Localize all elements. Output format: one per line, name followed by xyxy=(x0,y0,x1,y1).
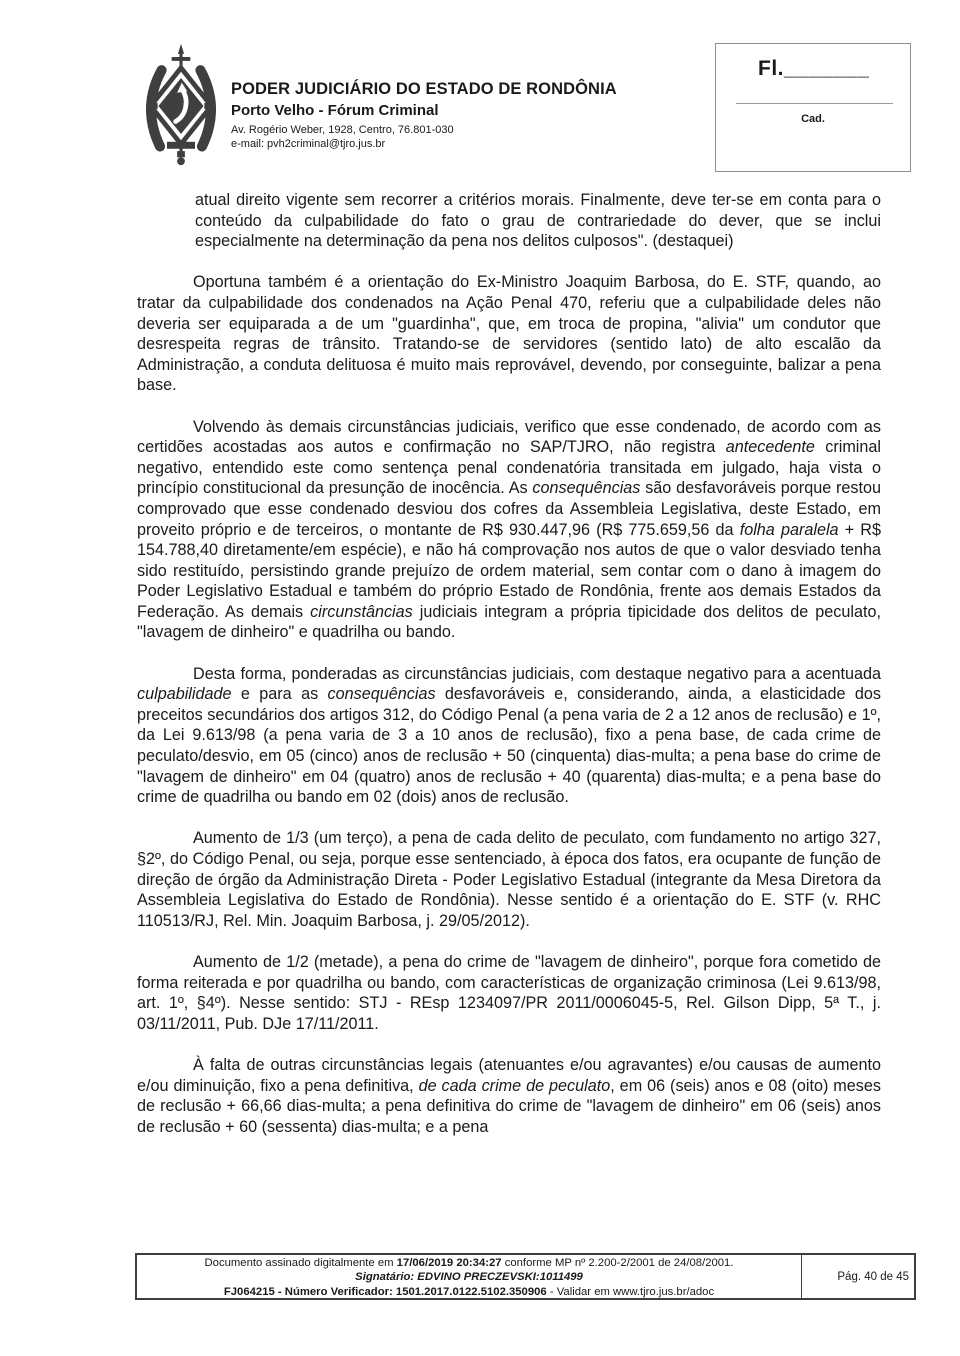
document-body: atual direito vigente sem recorrer a cri… xyxy=(137,190,881,1158)
signature-line-1: Documento assinado digitalmente em 17/06… xyxy=(137,1256,801,1270)
paragraph-oportuna: Oportuna também é a orientação do Ex-Min… xyxy=(137,272,881,396)
folio-label: Fl._______ xyxy=(758,57,910,81)
folio-underline xyxy=(736,103,893,104)
paragraph-desta-forma: Desta forma, ponderadas as circunstância… xyxy=(137,664,881,808)
court-subtitle: Porto Velho - Fórum Criminal xyxy=(231,102,711,119)
scanned-court-document-page: PODER JUDICIÁRIO DO ESTADO DE RONDÔNIA P… xyxy=(0,0,960,1356)
court-email: e-mail: pvh2criminal@tjro.jus.br xyxy=(231,138,711,150)
paragraph-aumento-um-terco: Aumento de 1/3 (um terço), a pena de cad… xyxy=(137,828,881,931)
signature-line-3: FJ064215 - Número Verificador: 1501.2017… xyxy=(137,1285,801,1299)
signature-footer: Documento assinado digitalmente em 17/06… xyxy=(135,1253,916,1300)
paragraph-quote-continuation: atual direito vigente sem recorrer a cri… xyxy=(195,190,881,252)
paragraph-pena-definitiva: À falta de outras circunstâncias legais … xyxy=(137,1055,881,1137)
digital-signature-block: Documento assinado digitalmente em 17/06… xyxy=(137,1255,802,1298)
court-address: Av. Rogério Weber, 1928, Centro, 76.801-… xyxy=(231,124,711,136)
letterhead: PODER JUDICIÁRIO DO ESTADO DE RONDÔNIA P… xyxy=(231,80,711,150)
paragraph-volvendo: Volvendo às demais circunstâncias judici… xyxy=(137,417,881,644)
signature-line-2: Signatário: EDVINO PRECZEVSKI:1011499 xyxy=(137,1270,801,1284)
cad-label: Cad. xyxy=(716,113,910,125)
folio-box: Fl._______ Cad. xyxy=(715,43,911,172)
rondonia-coat-of-arms-logo xyxy=(146,42,216,170)
paragraph-aumento-metade: Aumento de 1/2 (metade), a pena do crime… xyxy=(137,952,881,1034)
court-title: PODER JUDICIÁRIO DO ESTADO DE RONDÔNIA xyxy=(231,80,711,99)
page-number: Pág. 40 de 45 xyxy=(802,1255,914,1298)
